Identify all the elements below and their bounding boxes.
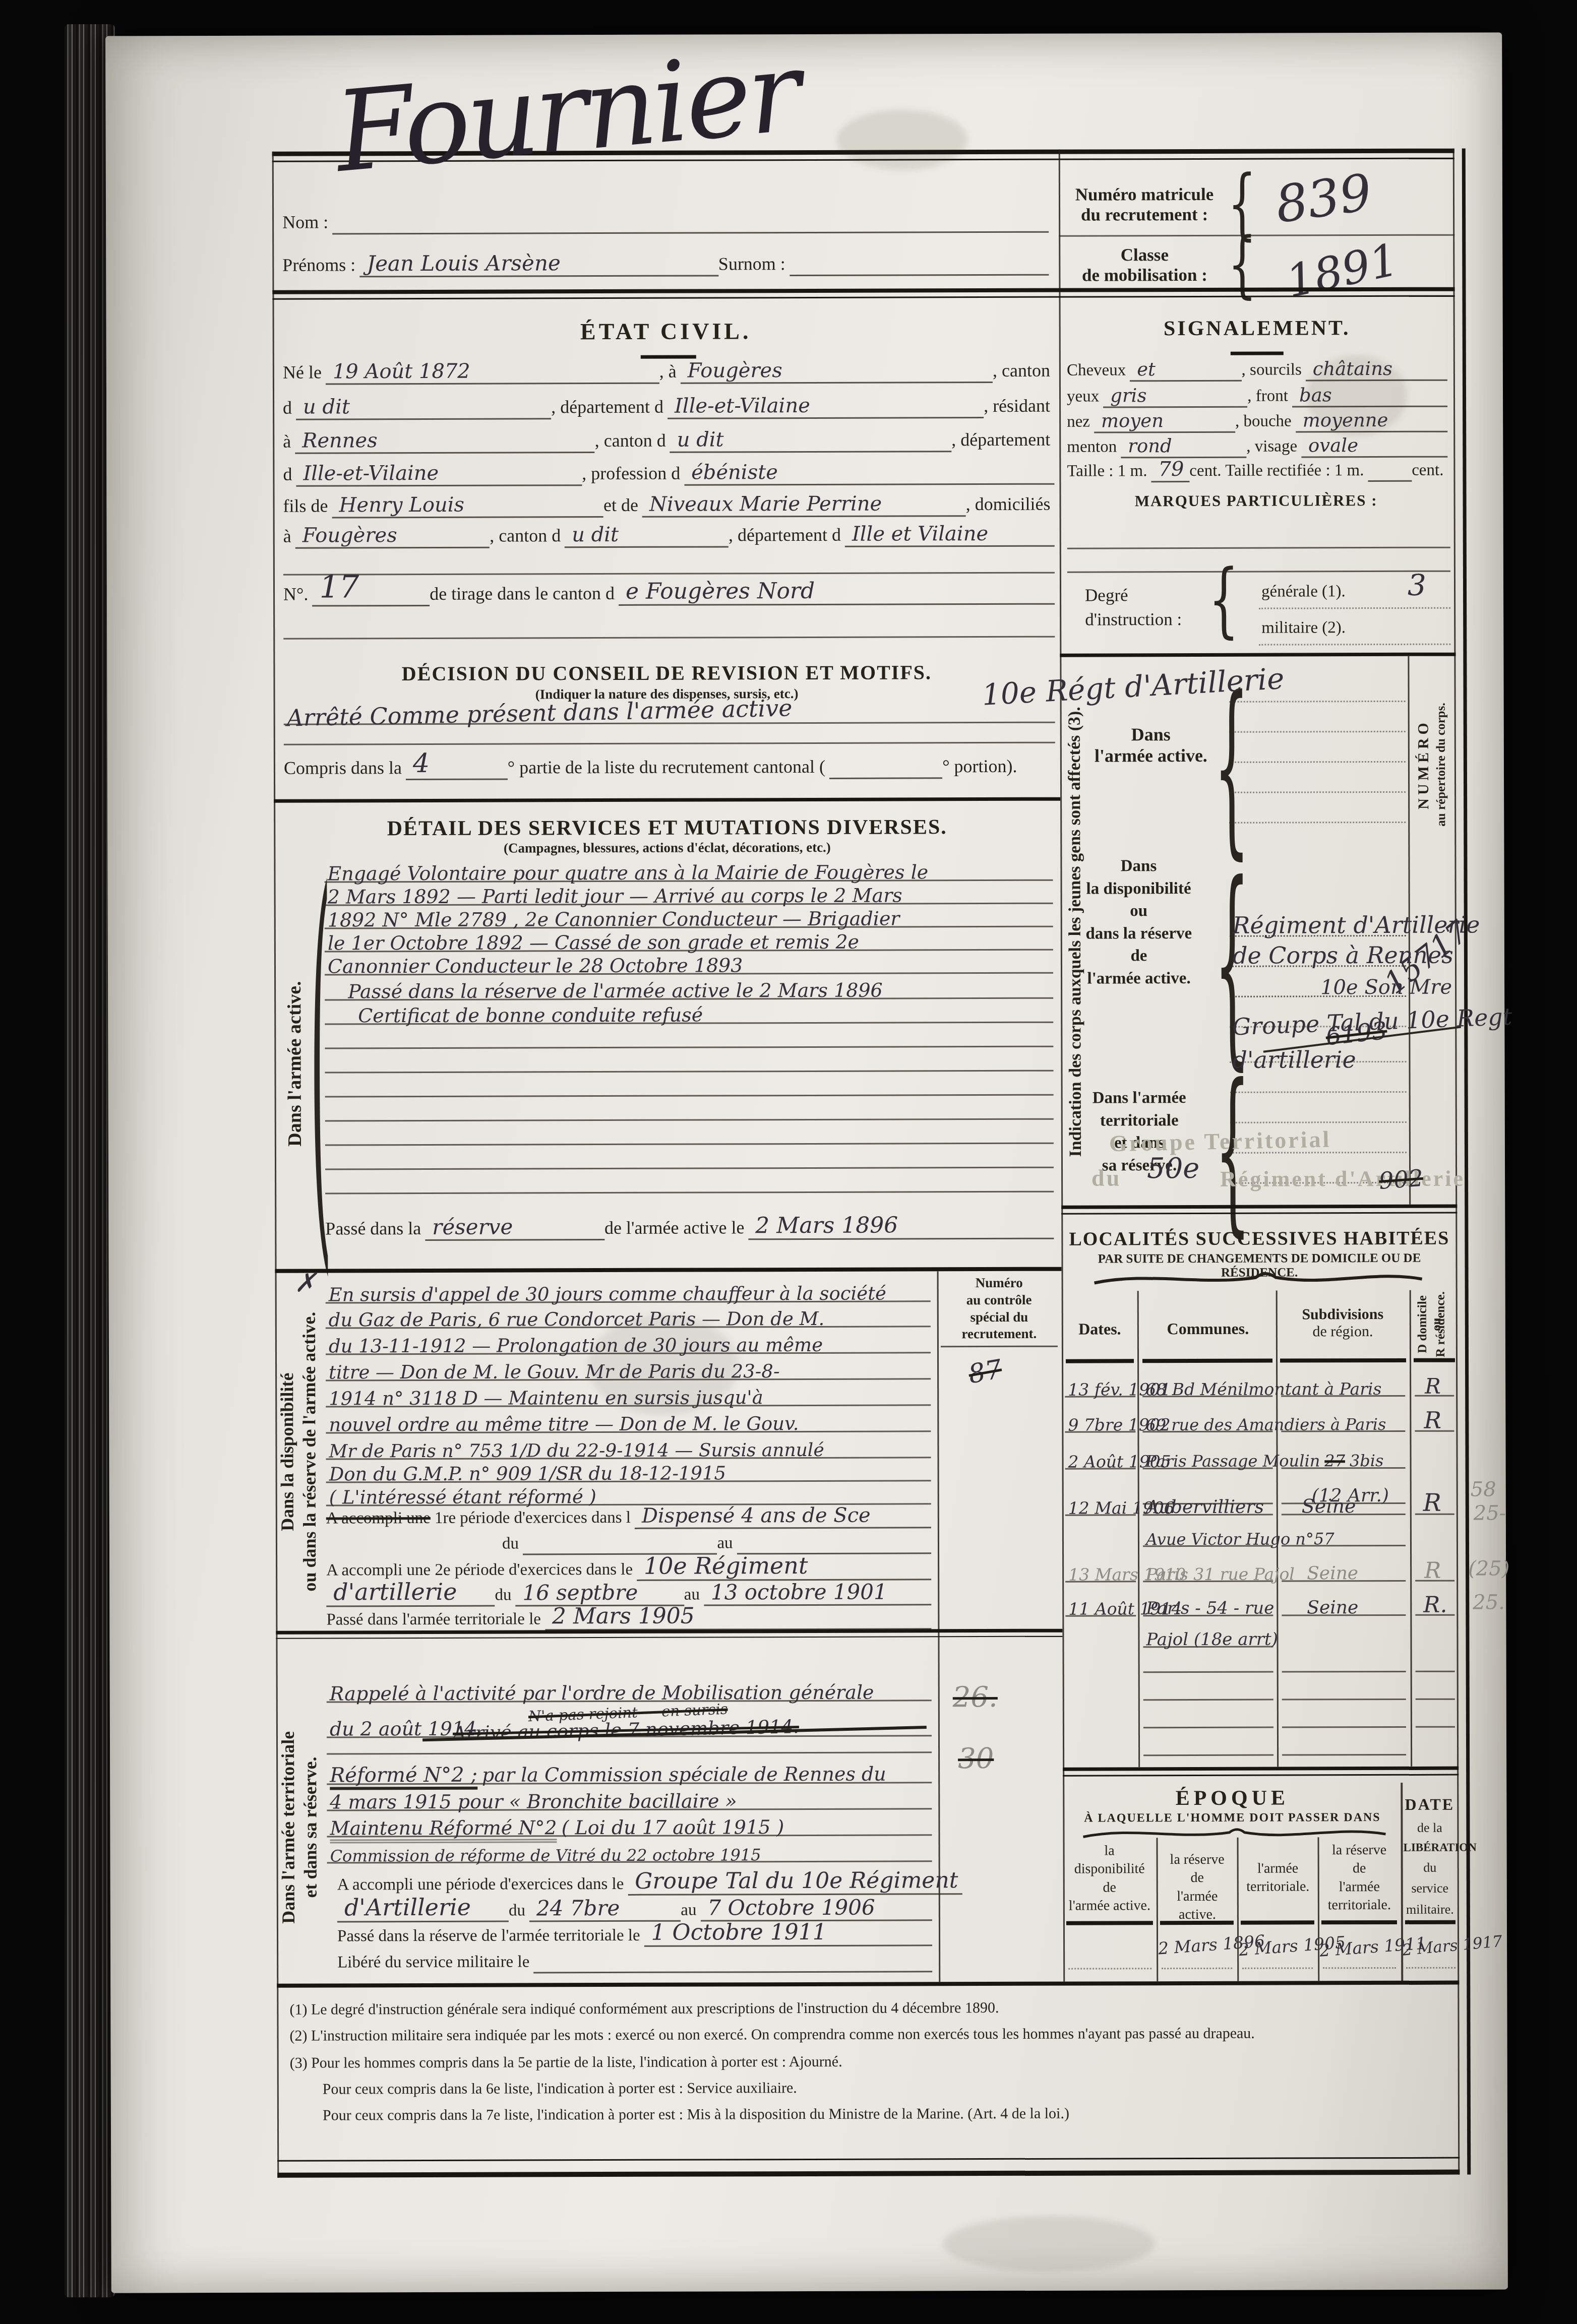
header-bar xyxy=(1066,1359,1134,1363)
date-debut: 16 septbre xyxy=(522,1580,638,1605)
rule xyxy=(1259,644,1450,646)
rule xyxy=(325,1191,1054,1195)
sursis-note-line: ( L'intéressé étant réformé ) xyxy=(326,1481,931,1506)
value-line: Dispensé 4 ans de Sce xyxy=(635,1503,931,1529)
rule xyxy=(1229,822,1406,824)
label: de l'armée active le xyxy=(604,1217,748,1240)
frame-border-right-outer xyxy=(1462,149,1471,2175)
header-line: disponibilité xyxy=(1065,1860,1155,1879)
table-line xyxy=(1318,1837,1320,1981)
cell-commune: Aubervilliers xyxy=(1143,1490,1273,1516)
profession: ébéniste xyxy=(691,461,778,484)
flourish xyxy=(1092,1270,1425,1289)
value-line xyxy=(1368,480,1412,482)
rule xyxy=(1230,1061,1406,1063)
value-line: 2 Mars 1896 xyxy=(748,1212,1054,1240)
header-line: LIBÉRATION xyxy=(1404,1838,1457,1857)
mouth: moyenne xyxy=(1303,409,1388,431)
terr-periode-line: A accompli une période d'exercices dans … xyxy=(337,1868,932,1896)
rule xyxy=(1068,1968,1151,1969)
header-line: militaire. xyxy=(1404,1899,1457,1920)
libere-line: Libéré du service militaire le xyxy=(337,1948,932,1974)
header-line: DATE xyxy=(1403,1792,1456,1817)
regiment: 10e Régiment xyxy=(644,1552,808,1580)
spacer xyxy=(326,1555,502,1556)
header-line: la réserve xyxy=(1320,1841,1399,1860)
stamp-numero: 902 xyxy=(1378,1164,1424,1195)
chin: rond xyxy=(1128,435,1172,457)
cell-commune: 68 Bd Ménilmontant à Paris xyxy=(1142,1371,1272,1398)
column-divider xyxy=(1059,150,1065,1982)
signature-nom: Fournier xyxy=(330,27,804,197)
service-note-line: le 1er Octobre 1892 — Cassé de son grade… xyxy=(325,927,1053,953)
label: , résidant xyxy=(984,395,1054,418)
passe-date: 2 Mars 1896 xyxy=(755,1213,898,1239)
sursis-note: du Gaz de Paris, 6 rue Condorcet Paris —… xyxy=(329,1308,825,1331)
cell-rule xyxy=(1143,1754,1273,1756)
etat-line3: à Rennes , canton d u dit , département xyxy=(283,428,1054,454)
etat-line5: fils de Henry Louis et de Niveaux Marie … xyxy=(283,492,1055,519)
terr-periode-line-b: d'Artillerie du 24 7bre au 7 Octobre 190… xyxy=(337,1896,932,1922)
label-line: Dans l'armée xyxy=(1069,1087,1210,1109)
nose: moyen xyxy=(1101,410,1164,431)
cell-subdiv: Seine xyxy=(1282,1556,1406,1582)
value-line: Ille-et-Vilaine xyxy=(296,461,582,486)
rule xyxy=(1229,731,1406,733)
rule xyxy=(1230,1121,1407,1123)
header-line: de xyxy=(1159,1869,1236,1888)
epoque-value-reserve-active: 2 Mars 1896 xyxy=(1158,1933,1237,1958)
label: cent. Taille rectifiée : 1 m. xyxy=(1189,461,1368,482)
value-line xyxy=(533,1971,932,1973)
title-dash xyxy=(641,355,696,359)
cell-rule xyxy=(1282,1726,1406,1728)
header-line: l'armée active. xyxy=(1065,1897,1155,1915)
rule xyxy=(1242,1967,1313,1969)
header-line: l'armée xyxy=(1320,1878,1399,1897)
value-line: 10e Régiment xyxy=(637,1551,931,1581)
etat-line6: à Fougères , canton d u dit , départemen… xyxy=(283,523,1055,549)
header-line: de xyxy=(1065,1878,1155,1897)
label: , département d xyxy=(729,524,845,548)
value-line: e Fougères Nord xyxy=(619,578,1055,606)
col-header-subdivisions: Subdivisions de région. xyxy=(1279,1306,1407,1341)
dispense-note: Dispensé 4 ans de Sce xyxy=(642,1504,871,1528)
margin-number-26: 26. xyxy=(953,1681,998,1714)
father-name: Henry Louis xyxy=(339,493,465,517)
controle-header-line: recrutement. xyxy=(941,1326,1058,1347)
tirage-line: N°. 17 de tirage dans le canton d e Foug… xyxy=(283,581,1055,607)
section-rule-thin xyxy=(276,1636,1062,1639)
header-line: la xyxy=(1065,1842,1155,1860)
service-note-line: Engagé Volontaire pour quatre ans à la M… xyxy=(324,855,1053,883)
prenoms-value-line: Jean Louis Arsène xyxy=(359,250,718,277)
label: à xyxy=(283,526,295,549)
sursis-note-line: 1914 n° 3118 D — Maintenu en sursis jusq… xyxy=(326,1381,931,1407)
paper-stain xyxy=(837,109,968,170)
controle-header-line: spécial du xyxy=(941,1308,1058,1326)
degre-generale-value: 3 xyxy=(1408,568,1426,602)
matricule-label-line1: Numéro matricule xyxy=(1066,184,1223,205)
classe-label: Classe de mobilisation : xyxy=(1066,245,1223,286)
flourish xyxy=(1080,1826,1388,1842)
date-fin: 13 octobre 1901 xyxy=(711,1580,887,1605)
value-line: u dit xyxy=(296,395,551,420)
cell-date: 2 Août 1905 xyxy=(1065,1443,1135,1469)
col-header-line: Subdivisions xyxy=(1279,1306,1407,1324)
canton: u dit xyxy=(677,428,724,451)
tirage-canton: e Fougères Nord xyxy=(626,578,815,604)
section-rule xyxy=(275,1267,1062,1273)
section-rule xyxy=(274,797,1060,803)
sursis-note: du 13-11-1912 — Prolongation de 30 jours… xyxy=(329,1334,823,1357)
groupe: Groupe Tal du 10e Régiment xyxy=(635,1867,958,1894)
label-line: de xyxy=(1068,945,1209,967)
eyes: gris xyxy=(1110,385,1146,406)
service-note-line: Certificat de bonne conduite refusé xyxy=(325,998,1053,1025)
rule xyxy=(325,1094,1054,1098)
section-title-etat-civil: ÉTAT CIVIL. xyxy=(273,317,1059,346)
rule xyxy=(1230,1091,1407,1093)
rule xyxy=(1229,761,1406,763)
groupe: d'Artillerie xyxy=(344,1894,471,1921)
value-line: 19 Août 1872 xyxy=(326,359,659,385)
cell-rule xyxy=(1282,1671,1406,1673)
label: , canton d xyxy=(595,430,670,453)
label: Taille : 1 m. xyxy=(1067,462,1151,482)
label: Né le xyxy=(283,361,326,385)
cell-subdiv: Seine xyxy=(1282,1590,1406,1616)
value-line: 4 xyxy=(406,748,508,781)
rule xyxy=(325,1167,1054,1170)
terr-note: Commission de réforme de Vitré du 22 oct… xyxy=(330,1845,761,1865)
matricule-value: 839 xyxy=(1272,162,1376,234)
margin-note: 25. xyxy=(1473,1591,1505,1614)
degre-militaire: militaire (2). xyxy=(1261,618,1346,637)
cell-rule xyxy=(1282,1754,1406,1756)
value-line: Ille et Vilaine xyxy=(845,522,1055,547)
corps-terr-numero: 6193 xyxy=(1324,1017,1388,1051)
label: d xyxy=(283,397,296,420)
value-line: moyenne xyxy=(1296,409,1448,433)
value-line: Fougères xyxy=(681,358,993,384)
label: , visage xyxy=(1246,437,1301,458)
section-title-epoque: ÉPOQUE xyxy=(1063,1786,1402,1811)
col-header-dates: Dates. xyxy=(1063,1320,1136,1338)
hair: et xyxy=(1137,358,1156,380)
passe-dans: réserve xyxy=(432,1215,513,1239)
epoque-col2-header: la réserve de l'armée active. xyxy=(1159,1851,1236,1924)
cell-rule xyxy=(1416,1699,1455,1700)
sig-line2: yeux gris , front bas xyxy=(1067,384,1447,408)
cell-date: 13 fév. 1901 xyxy=(1065,1371,1135,1397)
rule xyxy=(1259,607,1450,609)
value-line: moyen xyxy=(1094,410,1235,433)
commune-street: Pajol (18e arrt) xyxy=(1146,1629,1278,1650)
header-bar xyxy=(1280,1358,1406,1363)
margin-number-30: 30 xyxy=(958,1742,994,1775)
eyebrows: châtains xyxy=(1313,358,1392,380)
corps-dispo-line: de Corps à Rennes xyxy=(1230,940,1406,967)
label: fils de xyxy=(283,495,332,518)
rule xyxy=(1229,791,1406,793)
value-line: bas xyxy=(1292,384,1447,408)
rule xyxy=(325,1046,1053,1049)
departement: Ille et Vilaine xyxy=(852,522,988,546)
prenoms-label: Prénoms : xyxy=(282,254,359,277)
sig-taille: Taille : 1 m. 79 cent. Taille rectifiée … xyxy=(1067,459,1447,483)
header-bar xyxy=(1241,1920,1314,1924)
value-line: Ille-et-Vilaine xyxy=(668,394,984,419)
epoque-col4-header: la réserve de l'armée territoriale. xyxy=(1320,1841,1399,1915)
label: Compris dans la xyxy=(284,757,406,781)
sursis-note: titre — Don de M. le Gouv. Mr de Paris d… xyxy=(329,1360,779,1383)
birth-place: Fougères xyxy=(688,359,782,382)
cell-date: 9 7bre 1902 xyxy=(1065,1407,1135,1432)
cell-rule xyxy=(1416,1726,1455,1728)
header-bar xyxy=(1160,1921,1234,1925)
sursis-note-line: Mr de Paris n° 753 1/D du 22-9-1914 — Su… xyxy=(326,1433,931,1460)
cell-dr: R. xyxy=(1415,1590,1454,1616)
label-line: l'armée active. xyxy=(1090,745,1211,767)
sig-line4: menton rond , visage ovale xyxy=(1067,434,1447,459)
service-note: Canonnier Conducteur le 28 Octobre 1893 xyxy=(328,954,743,977)
label-line: dans la réserve xyxy=(1068,922,1209,945)
passe-reserve-terr-date: 1 Octobre 1911 xyxy=(651,1919,827,1945)
rule xyxy=(1067,571,1450,573)
surnom-line xyxy=(790,274,1049,276)
matricule-label-line2: du recrutement : xyxy=(1066,205,1223,225)
controle-number-87: 87 xyxy=(966,1354,1004,1390)
degre-brace: { xyxy=(1208,560,1239,642)
value-line: Henry Louis xyxy=(332,493,604,518)
label: du xyxy=(495,1586,515,1607)
service-note-line: Canonnier Conducteur le 28 Octobre 1893 xyxy=(325,950,1053,976)
label: , bouche xyxy=(1235,412,1296,432)
passe-reserve-line: Passé dans la réserve de l'armée active … xyxy=(325,1213,1054,1241)
cell-dr: R xyxy=(1415,1489,1454,1515)
service-note-line: 1892 N° Mle 2789 , 2e Canonnier Conducte… xyxy=(325,904,1053,929)
commune: Aubervilliers xyxy=(1146,1497,1264,1518)
surnom-label: Surnom : xyxy=(718,253,790,276)
etat-line4: d Ille-et-Vilaine , profession d ébénist… xyxy=(283,461,1054,487)
numero-repertoire-label-2: au répertoire du corps. xyxy=(1434,669,1450,860)
label: yeux xyxy=(1067,387,1103,408)
residence: Rennes xyxy=(302,429,378,452)
cell-rule xyxy=(1281,1395,1405,1397)
cell-rule xyxy=(1282,1699,1406,1701)
stamp-groupe-territorial-du: du xyxy=(1091,1164,1121,1191)
col-header-dr-1: D domicile ou xyxy=(1416,1289,1433,1360)
sidebar-disponibilite-1: Dans la disponibilité xyxy=(276,1276,298,1628)
rule xyxy=(327,1751,932,1754)
degre-label: Degré d'instruction : xyxy=(1085,585,1182,630)
date-fin: 7 Octobre 1906 xyxy=(707,1895,875,1920)
header-line: territoriale. xyxy=(1320,1896,1399,1915)
controle-header-line: Numéro xyxy=(941,1275,1058,1292)
value-line: 2 Mars 1905 xyxy=(545,1602,932,1630)
stamp-groupe-territorial-1: Groupe Territorial xyxy=(1109,1125,1331,1157)
label-line: Dans xyxy=(1068,855,1209,877)
residence-flag: R xyxy=(1424,1558,1441,1584)
departement: Ille-et-Vilaine xyxy=(675,394,810,418)
label: nez xyxy=(1067,413,1094,433)
rule xyxy=(325,1143,1054,1146)
terr-note-line: Rappelé à l'activité par l'ordre de Mobi… xyxy=(327,1674,932,1703)
terr-note-line: 4 mars 1915 pour « Bronchite bacillaire … xyxy=(327,1784,932,1811)
value-line: d'Artillerie xyxy=(337,1894,509,1923)
value-line: u dit xyxy=(670,427,952,453)
label: , domiciliés xyxy=(966,493,1055,517)
label: du xyxy=(502,1534,523,1555)
register-sheet: Fournier Nom : Prénoms : Jean Louis Arsè… xyxy=(105,32,1508,2293)
label: , sourcils xyxy=(1242,360,1306,381)
cell-dr: R xyxy=(1415,1406,1454,1432)
section-title-localites: LOCALITÉS SUCCESSIVES HABITÉES xyxy=(1061,1227,1457,1250)
table-line xyxy=(1137,1291,1140,1767)
label: Passé dans la xyxy=(325,1218,425,1241)
section-title-signalement: SIGNALEMENT. xyxy=(1059,316,1455,341)
footnote-3: (3) Pour les hommes compris dans la 5e p… xyxy=(290,2052,1197,2072)
cell-date: 12 Mai 1906 xyxy=(1065,1490,1136,1516)
controle-header-line: au contrôle xyxy=(941,1291,1058,1308)
value-line: rond xyxy=(1121,435,1246,459)
cell-commune: 69 rue des Amandiers à Paris xyxy=(1142,1407,1272,1433)
rule xyxy=(1229,701,1406,703)
margin-note: 58 xyxy=(1471,1478,1496,1501)
sidebar-disponibilite-2: ou dans la réserve de l'armée active. xyxy=(298,1276,320,1628)
section-rule xyxy=(1063,1767,1459,1771)
corps-dispo-line: Régiment d'Artillerie xyxy=(1230,910,1406,937)
value-line: réserve xyxy=(425,1214,604,1241)
header-line: territoriale. xyxy=(1240,1878,1316,1897)
terr-note-line: Commission de réforme de Vitré du 22 oct… xyxy=(327,1836,932,1863)
value-line: u dit xyxy=(565,523,729,548)
sig-line1: Cheveux et , sourcils châtains xyxy=(1067,358,1447,382)
service-note-line: 2 Mars 1892 — Parti ledit jour — Arrivé … xyxy=(325,881,1053,906)
col-header-dr-2: R résidence. xyxy=(1434,1289,1451,1360)
etat-line1: Né le 19 Août 1872 , à Fougères , canton xyxy=(283,359,1054,385)
margin-note: (25) xyxy=(1468,1557,1509,1580)
regiment: d'artillerie xyxy=(333,1578,457,1606)
sursis-note-line: titre — Don de M. le Gouv. Mr de Paris d… xyxy=(326,1355,931,1381)
sursis-note-line: En sursis d'appel de 30 jours comme chau… xyxy=(326,1276,931,1303)
header-line: l'armée xyxy=(1240,1859,1316,1878)
cell-commune: Paris Passage Moulin 27 3bis xyxy=(1142,1443,1272,1470)
compris-line: Compris dans la 4 ° partie de la liste d… xyxy=(284,755,1055,781)
cell-commune: Paris - 54 - rue xyxy=(1143,1591,1273,1617)
cell-subdiv: Seine xyxy=(1282,1489,1406,1516)
frame-border-bottom-inner xyxy=(277,2157,1460,2162)
label: Passé dans la réserve de l'armée territo… xyxy=(337,1926,644,1948)
label: de tirage dans le canton d xyxy=(430,583,619,606)
residence-flag: R xyxy=(1425,1374,1441,1399)
face: ovale xyxy=(1308,434,1358,456)
section-rule-thin xyxy=(1063,1774,1459,1777)
terr-note-line: Réformé N°2 ; par la Commission spéciale… xyxy=(327,1756,932,1785)
commune: Paris 31 rue Pajol xyxy=(1146,1564,1295,1584)
value-line: Rennes xyxy=(295,428,595,454)
epoque-col1-header: la disponibilité de l'armée active. xyxy=(1065,1842,1155,1915)
col-header-communes: Communes. xyxy=(1142,1320,1273,1339)
value-line: 16 septbre xyxy=(515,1580,684,1607)
value-line: ovale xyxy=(1301,434,1447,458)
value-line: 7 Octobre 1906 xyxy=(700,1895,932,1921)
rule xyxy=(1059,234,1454,237)
header-bar xyxy=(1405,1920,1455,1924)
date-debut: 24 7bre xyxy=(536,1896,620,1920)
header-line: la réserve xyxy=(1159,1851,1236,1869)
terr-note: ( Loi du 17 août 1915 ) xyxy=(562,1816,784,1839)
mother-name: Niveaux Marie Perrine xyxy=(649,492,882,516)
rule xyxy=(325,1118,1054,1122)
cell-rule xyxy=(1416,1671,1455,1672)
epoque-col3-header: l'armée territoriale. xyxy=(1240,1859,1316,1896)
value-line: 24 7bre xyxy=(529,1896,681,1922)
forehead: bas xyxy=(1299,384,1332,406)
sig-line3: nez moyen , bouche moyenne xyxy=(1067,409,1447,433)
nom-label: Nom : xyxy=(282,211,332,234)
subdivision: Seine xyxy=(1307,1563,1358,1584)
value-line: 17 xyxy=(312,568,430,607)
section-rule-thin xyxy=(1061,1212,1457,1215)
cell-rule xyxy=(1282,1467,1406,1469)
decision-value: Arrêté Comme présent dans l'armée active xyxy=(286,694,793,731)
label: N°. xyxy=(283,584,313,607)
cell-commune-2: Avue Victor Hugo n°57 xyxy=(1143,1521,1273,1547)
marques-label: MARQUES PARTICULIÈRES : xyxy=(1110,491,1403,511)
label: au xyxy=(681,1901,700,1922)
passe-territoriale-date: 2 Mars 1905 xyxy=(552,1603,695,1629)
header-bar xyxy=(1142,1359,1272,1363)
header-bar xyxy=(1414,1358,1455,1362)
header-bar xyxy=(1066,1921,1153,1925)
label: cent. xyxy=(1412,461,1447,482)
height-cm: 79 xyxy=(1158,458,1184,481)
classe-label-line1: Classe xyxy=(1066,245,1223,266)
terr-note: par la Commission spéciale de Rennes du xyxy=(482,1763,886,1786)
value-line: châtains xyxy=(1306,358,1447,382)
subdivision: Seine xyxy=(1307,1597,1358,1618)
label: Cheveux xyxy=(1067,361,1130,382)
epoque-date-header: DATE de la LIBÉRATION du service militai… xyxy=(1403,1792,1457,1920)
label: d xyxy=(283,464,296,487)
decision-value-line: Arrêté Comme présent dans l'armée active xyxy=(284,686,1055,725)
table-line xyxy=(1237,1838,1239,1981)
label: à xyxy=(283,431,295,454)
cell-commune: Paris 31 rue Pajol xyxy=(1143,1556,1273,1583)
terr-note-line: Maintenu Réformé N°2 ( Loi du 17 août 19… xyxy=(327,1810,932,1837)
terr-note: Rappelé à l'activité par l'ordre de Mobi… xyxy=(330,1681,874,1705)
liste-partie: 4 xyxy=(413,748,430,779)
rule xyxy=(1406,1967,1455,1969)
frame-border-bottom xyxy=(277,2170,1460,2178)
sursis-note-line: du 13-11-1912 — Prolongation de 30 jours… xyxy=(326,1329,931,1355)
label: ° partie de la liste du recrutement cant… xyxy=(508,756,829,780)
domicile: Fougères xyxy=(302,524,397,547)
residence-flag: R xyxy=(1424,1407,1441,1434)
classe-label-line2: de mobilisation : xyxy=(1066,265,1223,286)
header-line: de xyxy=(1320,1859,1399,1878)
periode1-line: A accompli une 1re période d'exercices d… xyxy=(326,1503,931,1530)
footnote-4: Pour ceux compris dans la 6e liste, l'in… xyxy=(323,2079,1079,2098)
label: , à xyxy=(659,361,681,384)
label: menton xyxy=(1067,437,1121,458)
cell-rule xyxy=(1143,1699,1273,1701)
matricule-label: Numéro matricule du recrutement : xyxy=(1066,184,1223,225)
label-line: l'armée active. xyxy=(1068,967,1209,990)
rule xyxy=(284,742,1055,745)
